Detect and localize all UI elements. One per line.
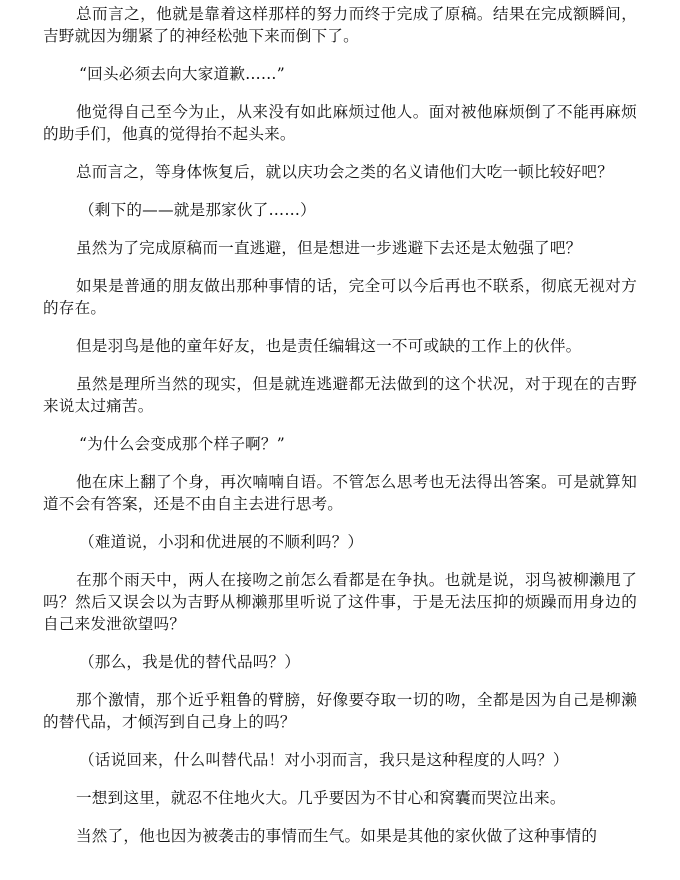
- paragraph: 总而言之，他就是靠着这样那样的努力而终于完成了原稿。结果在完成额瞬间，吉野就因为…: [43, 3, 637, 47]
- paragraph: 当然了，他也因为被袭击的事情而生气。如果是其他的家伙做了这种事情的: [43, 825, 637, 847]
- document-page: 总而言之，他就是靠着这样那样的努力而终于完成了原稿。结果在完成额瞬间，吉野就因为…: [43, 3, 637, 863]
- thought-line: （剩下的——就是那家伙了……）: [43, 199, 637, 221]
- thought-line: （话说回来，什么叫替代品！对小羽而言，我只是这种程度的人吗？）: [43, 749, 637, 771]
- dialogue-line: “回头必须去向大家道歉……”: [43, 63, 637, 85]
- paragraph: 他觉得自己至今为止，从来没有如此麻烦过他人。面对被他麻烦倒了不能再麻烦的助手们，…: [43, 101, 637, 145]
- paragraph: 在那个雨天中，两人在接吻之前怎么看都是在争执。也就是说，羽鸟被柳濑甩了吗？然后又…: [43, 569, 637, 635]
- thought-line: （那么，我是优的替代品吗？）: [43, 651, 637, 673]
- paragraph: 但是羽鸟是他的童年好友，也是责任编辑这一不可或缺的工作上的伙伴。: [43, 335, 637, 357]
- thought-line: （难道说，小羽和优进展的不顺利吗？）: [43, 531, 637, 553]
- paragraph: 一想到这里，就忍不住地火大。几乎要因为不甘心和窝囊而哭泣出来。: [43, 787, 637, 809]
- paragraph: 总而言之，等身体恢复后，就以庆功会之类的名义请他们大吃一顿比较好吧？: [43, 161, 637, 183]
- paragraph: 虽然为了完成原稿而一直逃避，但是想进一步逃避下去还是太勉强了吧？: [43, 237, 637, 259]
- paragraph: 那个激情，那个近乎粗鲁的臂膀，好像要夺取一切的吻，全都是因为自己是柳濑的替代品，…: [43, 689, 637, 733]
- dialogue-line: “为什么会变成那个样子啊？”: [43, 433, 637, 455]
- paragraph: 如果是普通的朋友做出那种事情的话，完全可以今后再也不联系，彻底无视对方的存在。: [43, 275, 637, 319]
- paragraph: 他在床上翻了个身，再次喃喃自语。不管怎么思考也无法得出答案。可是就算知道不会有答…: [43, 471, 637, 515]
- paragraph: 虽然是理所当然的现实，但是就连逃避都无法做到的这个状况，对于现在的吉野来说太过痛…: [43, 373, 637, 417]
